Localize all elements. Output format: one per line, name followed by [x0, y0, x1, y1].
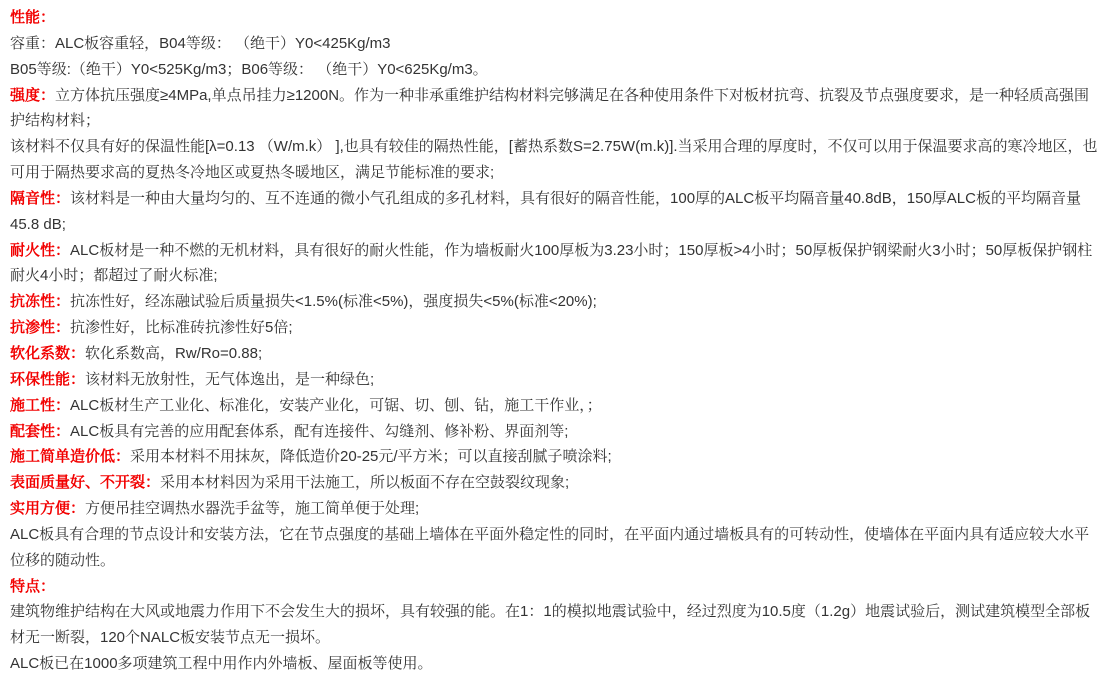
para-text: 该材料不仅具有好的保温性能[λ=0.13 （W/m.k） ],也具有较佳的隔热性…: [10, 138, 1098, 181]
para-low-cost-label: 施工简单造价低：: [10, 448, 130, 465]
para-density-line2: B05等级:（绝干）Y0<525Kg/m3；B06等级： （绝干）Y0<625K…: [10, 57, 1098, 83]
para-text: 抗渗性好，比标准砖抗渗性好5倍;: [70, 319, 293, 336]
para-freeze-resistance-label: 抗冻性：: [10, 293, 70, 310]
heading-features-label: 特点：: [10, 578, 55, 595]
para-softening-coefficient: 软化系数：软化系数高，Rw/Ro=0.88;: [10, 341, 1098, 367]
para-sound-insulation: 隔音性：该材料是一种由大量均匀的、互不连通的微小气孔组成的多孔材料，具有很好的隔…: [10, 186, 1098, 238]
para-workability: 施工性：ALC板材生产工业化、标准化，安装产业化，可锯、切、刨、钻，施工干作业，…: [10, 393, 1098, 419]
para-text: 采用本材料因为采用干法施工，所以板面不存在空鼓裂纹现象;: [160, 474, 569, 491]
para-surface-quality-label: 表面质量好、不开裂：: [10, 474, 160, 491]
para-text: 方便吊挂空调热水器洗手盆等，施工简单便于处理;: [85, 500, 419, 517]
para-text: ALC板材生产工业化、标准化，安装产业化，可锯、切、刨、钻，施工干作业，；: [70, 397, 602, 414]
document-page: 性能： 容重：ALC板容重轻，B04等级： （绝干）Y0<425Kg/m3 B0…: [0, 0, 1106, 684]
para-text: 该材料是一种由大量均匀的、互不连通的微小气孔组成的多孔材料，具有很好的隔音性能，…: [10, 190, 1081, 233]
para-freeze-resistance: 抗冻性：抗冻性好，经冻融试验后质量损失<1.5%(标准<5%)，强度损失<5%(…: [10, 289, 1098, 315]
para-text: 该材料无放射性，无气体逸出，是一种绿色;: [85, 371, 374, 388]
para-low-cost: 施工简单造价低：采用本材料不用抹灰，降低造价20-25元/平方米；可以直接刮腻子…: [10, 444, 1098, 470]
para-thermal-insulation: 该材料不仅具有好的保温性能[λ=0.13 （W/m.k） ],也具有较佳的隔热性…: [10, 134, 1098, 186]
para-text: ALC板具有完善的应用配套体系，配有连接件、勾缝剂、修补粉、界面剂等;: [70, 423, 568, 440]
para-workability-label: 施工性：: [10, 397, 70, 414]
para-strength: 强度：立方体抗压强度≥4MPa,单点吊挂力≥1200N。作为一种非承重维护结构材…: [10, 83, 1098, 135]
heading-features: 特点：: [10, 574, 1098, 600]
para-density-line1: 容重：ALC板容重轻，B04等级： （绝干）Y0<425Kg/m3: [10, 31, 1098, 57]
para-accessory-system-label: 配套性：: [10, 423, 70, 440]
para-node-design: ALC板具有合理的节点设计和安装方法，它在节点强度的基础上墙体在平面外稳定性的同…: [10, 522, 1098, 574]
para-environmental: 环保性能：该材料无放射性，无气体逸出，是一种绿色;: [10, 367, 1098, 393]
heading-performance: 性能：: [10, 5, 1098, 31]
heading-performance-label: 性能：: [10, 9, 55, 26]
para-environmental-label: 环保性能：: [10, 371, 85, 388]
para-practical-convenience: 实用方便：方便吊挂空调热水器洗手盆等，施工简单便于处理;: [10, 496, 1098, 522]
para-text: 采用本材料不用抹灰，降低造价20-25元/平方米；可以直接刮腻子喷涂料;: [130, 448, 612, 465]
para-text: ALC板已在1000多项建筑工程中用作内外墙板、屋面板等使用。: [10, 655, 433, 672]
para-text: 容重：ALC板容重轻，B04等级： （绝干）Y0<425Kg/m3: [10, 35, 391, 52]
document-body: 性能： 容重：ALC板容重轻，B04等级： （绝干）Y0<425Kg/m3 B0…: [10, 5, 1098, 677]
para-practical-convenience-label: 实用方便：: [10, 500, 85, 517]
para-text: ALC板材是一种不燃的无机材料，具有很好的耐火性能，作为墙板耐火100厚板为3.…: [10, 242, 1092, 285]
para-text: 软化系数高，Rw/Ro=0.88;: [85, 345, 262, 362]
para-text: ALC板具有合理的节点设计和安装方法，它在节点强度的基础上墙体在平面外稳定性的同…: [10, 526, 1089, 569]
para-project-usage: ALC板已在1000多项建筑工程中用作内外墙板、屋面板等使用。: [10, 651, 1098, 677]
para-text: 建筑物维护结构在大风或地震力作用下不会发生大的损坏，具有较强的能。在1：1的模拟…: [10, 603, 1090, 646]
para-accessory-system: 配套性：ALC板具有完善的应用配套体系，配有连接件、勾缝剂、修补粉、界面剂等;: [10, 419, 1098, 445]
para-text: B05等级:（绝干）Y0<525Kg/m3；B06等级： （绝干）Y0<625K…: [10, 61, 488, 78]
para-fire-resistance: 耐火性：ALC板材是一种不燃的无机材料，具有很好的耐火性能，作为墙板耐火100厚…: [10, 238, 1098, 290]
para-text: 抗冻性好，经冻融试验后质量损失<1.5%(标准<5%)，强度损失<5%(标准<2…: [70, 293, 597, 310]
para-fire-resistance-label: 耐火性：: [10, 242, 70, 259]
para-surface-quality: 表面质量好、不开裂：采用本材料因为采用干法施工，所以板面不存在空鼓裂纹现象;: [10, 470, 1098, 496]
para-impermeability: 抗渗性：抗渗性好，比标准砖抗渗性好5倍;: [10, 315, 1098, 341]
para-impermeability-label: 抗渗性：: [10, 319, 70, 336]
para-text: 立方体抗压强度≥4MPa,单点吊挂力≥1200N。作为一种非承重维护结构材料完够…: [10, 87, 1089, 130]
para-strength-label: 强度：: [10, 87, 55, 104]
para-softening-coefficient-label: 软化系数：: [10, 345, 85, 362]
para-sound-insulation-label: 隔音性：: [10, 190, 70, 207]
para-seismic-test: 建筑物维护结构在大风或地震力作用下不会发生大的损坏，具有较强的能。在1：1的模拟…: [10, 599, 1098, 651]
